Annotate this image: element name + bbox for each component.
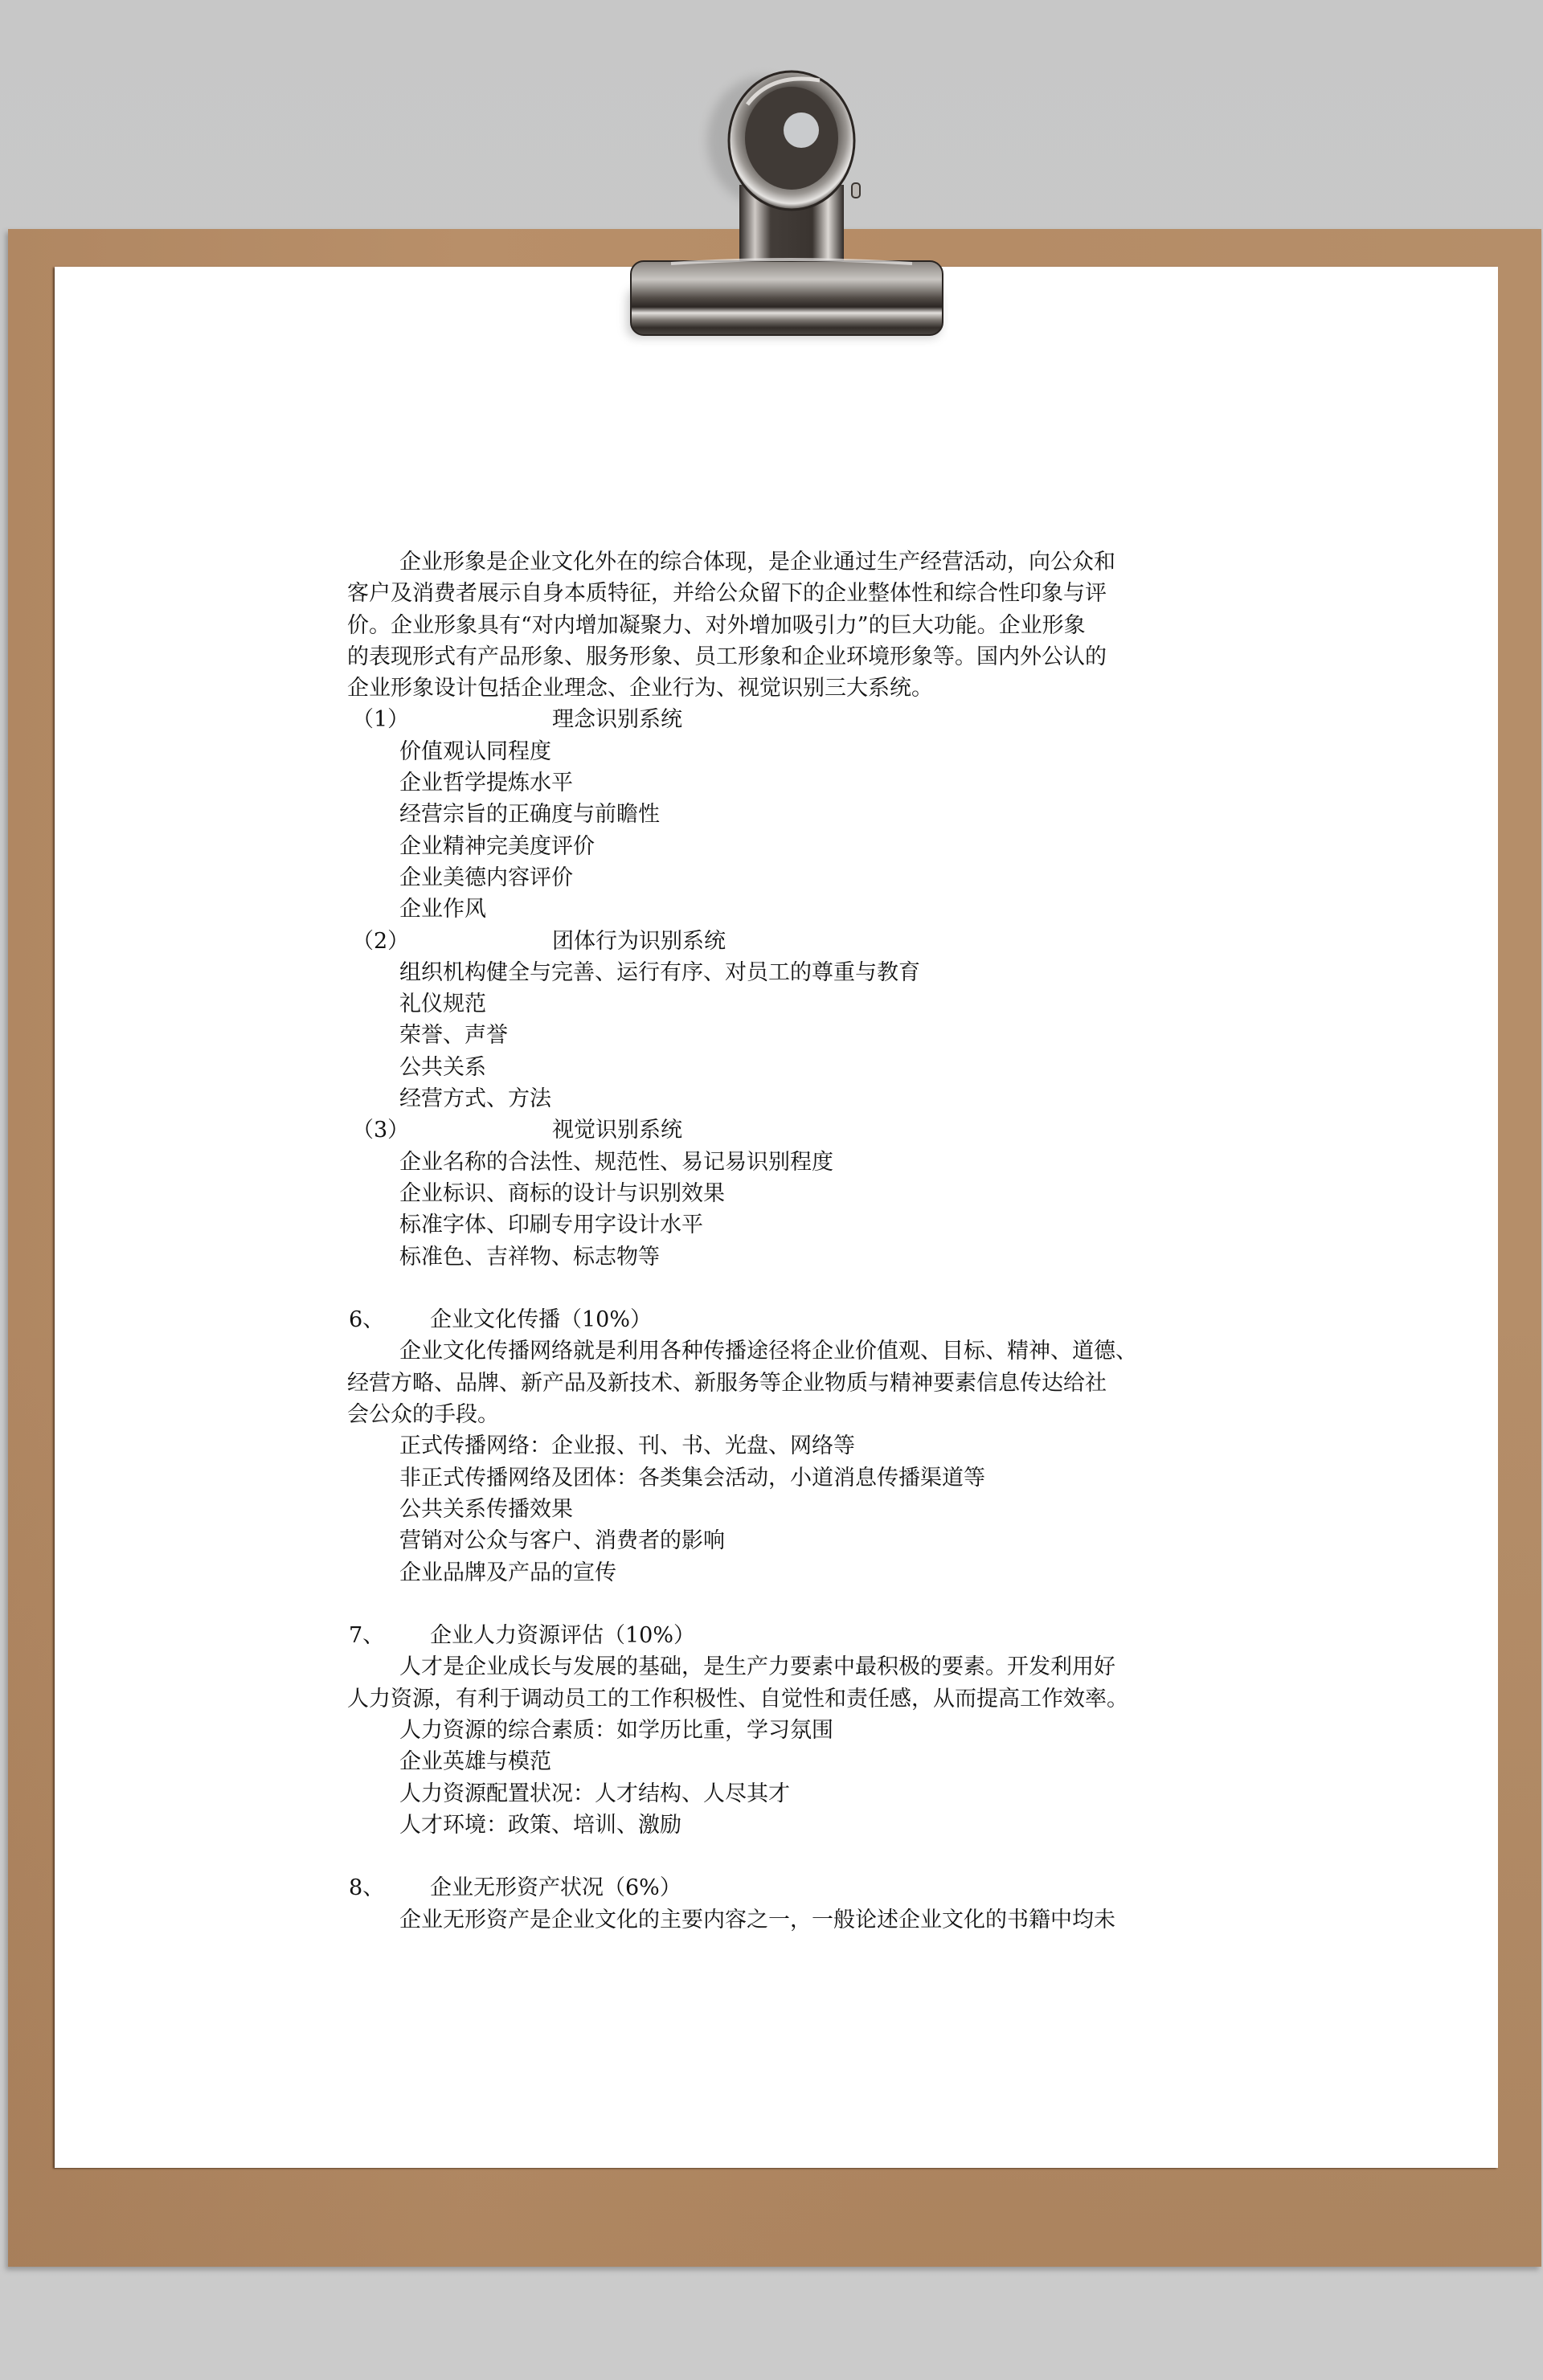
paragraph-line: 经营方略、品牌、新产品及新技术、新服务等企业物质与精神要素信息传达给社: [347, 1368, 1199, 1399]
list-item: 非正式传播网络及团体：各类集会活动，小道消息传播渠道等: [347, 1462, 1199, 1494]
list-item: 企业作风: [347, 894, 1199, 925]
subsection-heading: （1） 理念识别系统: [347, 704, 1199, 735]
section-culture-communication: 6、 企业文化传播（10%） 企业文化传播网络就是利用各种传播途径将企业价值观、…: [347, 1304, 1199, 1589]
subsection-title: 团体行为识别系统: [552, 926, 726, 957]
blank-line: [347, 1841, 1199, 1872]
list-item: 经营宗旨的正确度与前瞻性: [347, 799, 1199, 830]
blank-line: [347, 1589, 1199, 1620]
section-title: 企业人力资源评估（10%）: [430, 1620, 695, 1651]
paragraph-line: 的表现形式有产品形象、服务形象、员工形象和企业环境形象等。国内外公认的: [347, 641, 1199, 673]
section-human-resources: 7、 企业人力资源评估（10%） 人才是企业成长与发展的基础，是生产力要素中最积…: [347, 1620, 1199, 1841]
subsection-heading: （2） 团体行为识别系统: [347, 926, 1199, 957]
document-body: 企业形象是企业文化外在的综合体现，是企业通过生产经营活动，向公众和 客户及消费者…: [347, 546, 1199, 1936]
subsection-concept-identity: （1） 理念识别系统 价值观认同程度 企业哲学提炼水平 经营宗旨的正确度与前瞻性…: [347, 704, 1199, 925]
list-item: 企业哲学提炼水平: [347, 767, 1199, 799]
section-title: 企业文化传播（10%）: [430, 1304, 652, 1335]
paragraph-line: 会公众的手段。: [347, 1399, 1199, 1430]
subsection-number: （2）: [352, 926, 409, 957]
paragraph-line: 人力资源，有利于调动员工的工作积极性、自觉性和责任感，从而提高工作效率。: [347, 1683, 1199, 1715]
list-item: 公共关系传播效果: [347, 1494, 1199, 1525]
subsection-number: （1）: [352, 704, 409, 735]
list-item: 企业英雄与模范: [347, 1746, 1199, 1777]
paragraph-line: 企业形象设计包括企业理念、企业行为、视觉识别三大系统。: [347, 673, 1199, 704]
list-item: 组织机构健全与完善、运行有序、对员工的尊重与教育: [347, 957, 1199, 988]
section-heading: 6、 企业文化传播（10%）: [347, 1304, 1199, 1335]
section-number: 8、: [349, 1872, 384, 1904]
section-number: 7、: [349, 1620, 384, 1651]
subsection-behavior-identity: （2） 团体行为识别系统 组织机构健全与完善、运行有序、对员工的尊重与教育 礼仪…: [347, 926, 1199, 1115]
subsection-visual-identity: （3） 视觉识别系统 企业名称的合法性、规范性、易记易识别程度 企业标识、商标的…: [347, 1114, 1199, 1272]
list-item: 正式传播网络：企业报、刊、书、光盘、网络等: [347, 1430, 1199, 1462]
binder-clip-icon: [611, 48, 948, 354]
section-heading: 8、 企业无形资产状况（6%）: [347, 1872, 1199, 1904]
blank-line: [347, 1273, 1199, 1304]
list-item: 价值观认同程度: [347, 736, 1199, 767]
paragraph-line: 企业形象是企业文化外在的综合体现，是企业通过生产经营活动，向公众和: [347, 546, 1199, 578]
list-item: 人力资源的综合素质：如学历比重，学习氛围: [347, 1715, 1199, 1746]
subsection-heading: （3） 视觉识别系统: [347, 1114, 1199, 1146]
list-item: 企业名称的合法性、规范性、易记易识别程度: [347, 1147, 1199, 1178]
paragraph-line: 企业无形资产是企业文化的主要内容之一，一般论述企业文化的书籍中均未: [347, 1904, 1199, 1936]
list-item: 荣誉、声誉: [347, 1020, 1199, 1051]
section-intangible-assets: 8、 企业无形资产状况（6%） 企业无形资产是企业文化的主要内容之一，一般论述企…: [347, 1872, 1199, 1936]
section-heading: 7、 企业人力资源评估（10%）: [347, 1620, 1199, 1651]
list-item: 企业精神完美度评价: [347, 831, 1199, 862]
intro-paragraph: 企业形象是企业文化外在的综合体现，是企业通过生产经营活动，向公众和 客户及消费者…: [347, 546, 1199, 704]
paragraph-line: 客户及消费者展示自身本质特征，并给公众留下的企业整体性和综合性印象与评: [347, 578, 1199, 609]
list-item: 企业美德内容评价: [347, 862, 1199, 894]
section-number: 6、: [349, 1304, 384, 1335]
list-item: 人力资源配置状况：人才结构、人尽其才: [347, 1778, 1199, 1810]
paragraph-line: 人才是企业成长与发展的基础，是生产力要素中最积极的要素。开发利用好: [347, 1651, 1199, 1683]
list-item: 人才环境：政策、培训、激励: [347, 1810, 1199, 1841]
list-item: 企业标识、商标的设计与识别效果: [347, 1178, 1199, 1209]
list-item: 营销对公众与客户、消费者的影响: [347, 1525, 1199, 1556]
paragraph-line: 价。企业形象具有“对内增加凝聚力、对外增加吸引力”的巨大功能。企业形象: [347, 610, 1199, 641]
list-item: 标准色、吉祥物、标志物等: [347, 1241, 1199, 1273]
list-item: 经营方式、方法: [347, 1083, 1199, 1114]
paragraph-line: 企业文化传播网络就是利用各种传播途径将企业价值观、目标、精神、道德、: [347, 1335, 1199, 1367]
subsection-number: （3）: [352, 1114, 409, 1146]
list-item: 礼仪规范: [347, 988, 1199, 1020]
list-item: 企业品牌及产品的宣传: [347, 1557, 1199, 1589]
subsection-title: 理念识别系统: [552, 704, 682, 735]
list-item: 标准字体、印刷专用字设计水平: [347, 1209, 1199, 1241]
list-item: 公共关系: [347, 1052, 1199, 1083]
section-title: 企业无形资产状况（6%）: [430, 1872, 681, 1904]
subsection-title: 视觉识别系统: [552, 1114, 682, 1146]
